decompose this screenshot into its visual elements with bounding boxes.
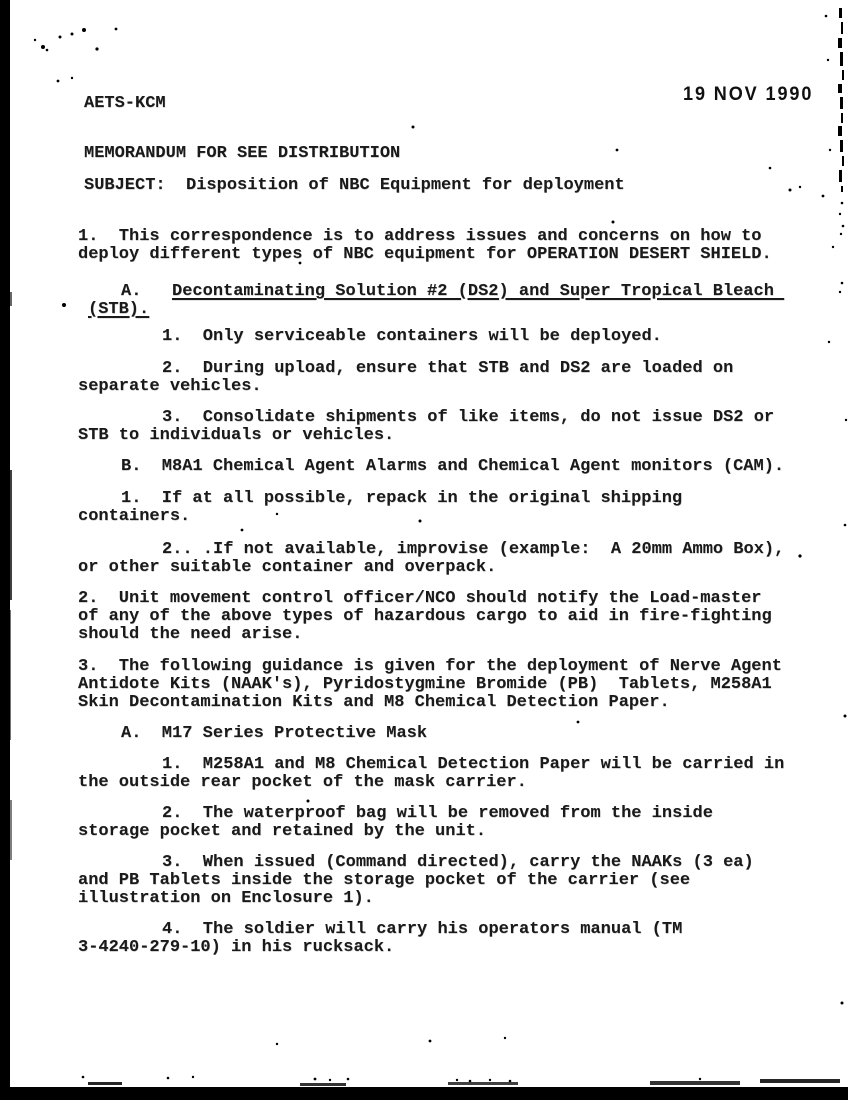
memo-line: Antidote Kits (NAAK's), Pyridostygmine B… — [78, 676, 772, 694]
memo-line: illustration on Enclosure 1). — [78, 890, 374, 908]
section-a-title-cont: (STB). — [88, 300, 149, 319]
memo-line: or other suitable container and overpack… — [78, 559, 496, 577]
section-a-title: Decontaminating Solution #2 (DS2) and Su… — [172, 282, 784, 301]
memo-line: 3. The following guidance is given for t… — [78, 658, 782, 676]
memo-line: 3. When issued (Command directed), carry… — [162, 854, 754, 872]
memo-line: 1. Only serviceable containers will be d… — [162, 328, 662, 346]
memo-line: 3. Consolidate shipments of like items, … — [162, 409, 774, 427]
memo-line: 2. The waterproof bag will be removed fr… — [162, 805, 713, 823]
memo-line: and PB Tablets inside the storage pocket… — [78, 872, 690, 890]
memo-line: 2. During upload, ensure that STB and DS… — [162, 360, 733, 378]
memo-line: 4. The soldier will carry his operators … — [162, 921, 682, 939]
section-a-label: A. — [121, 282, 172, 301]
memo-line: separate vehicles. — [78, 378, 262, 396]
section-a-heading-continuation: (STB). — [88, 301, 149, 319]
memo-line: Skin Decontamination Kits and M8 Chemica… — [78, 694, 670, 712]
memo-line: the outside rear pocket of the mask carr… — [78, 774, 527, 792]
memo-line: 1. M258A1 and M8 Chemical Detection Pape… — [162, 756, 784, 774]
memo-line: should the need arise. — [78, 626, 302, 644]
office-symbol: AETS-KCM — [84, 95, 166, 113]
section-a-heading: A. Decontaminating Solution #2 (DS2) and… — [121, 283, 784, 301]
memo-line: STB to individuals or vehicles. — [78, 427, 394, 445]
memo-line: 1. If at all possible, repack in the ori… — [121, 490, 682, 508]
memo-line: 2.. .If not available, improvise (exampl… — [162, 541, 784, 559]
date-stamp: 19 NOV 1990 — [683, 84, 813, 106]
memo-line: containers. — [78, 508, 190, 526]
memo-line: 1. This correspondence is to address iss… — [78, 228, 762, 246]
scanned-memo-page: AETS-KCM 19 NOV 1990 MEMORANDUM FOR SEE … — [0, 0, 848, 1100]
memo-line: of any of the above types of hazardous c… — [78, 608, 772, 626]
memo-line: 2. Unit movement control officer/NCO sho… — [78, 590, 762, 608]
memo-line: storage pocket and retained by the unit. — [78, 823, 486, 841]
memo-line: 3-4240-279-10) in his rucksack. — [78, 939, 394, 957]
memo-line: B. M8A1 Chemical Agent Alarms and Chemic… — [121, 458, 784, 476]
subject-line: SUBJECT: Disposition of NBC Equipment fo… — [84, 177, 625, 195]
memorandum-for-line: MEMORANDUM FOR SEE DISTRIBUTION — [84, 145, 400, 163]
memo-line: deploy different types of NBC equipment … — [78, 246, 772, 264]
memo-line: A. M17 Series Protective Mask — [121, 725, 427, 743]
